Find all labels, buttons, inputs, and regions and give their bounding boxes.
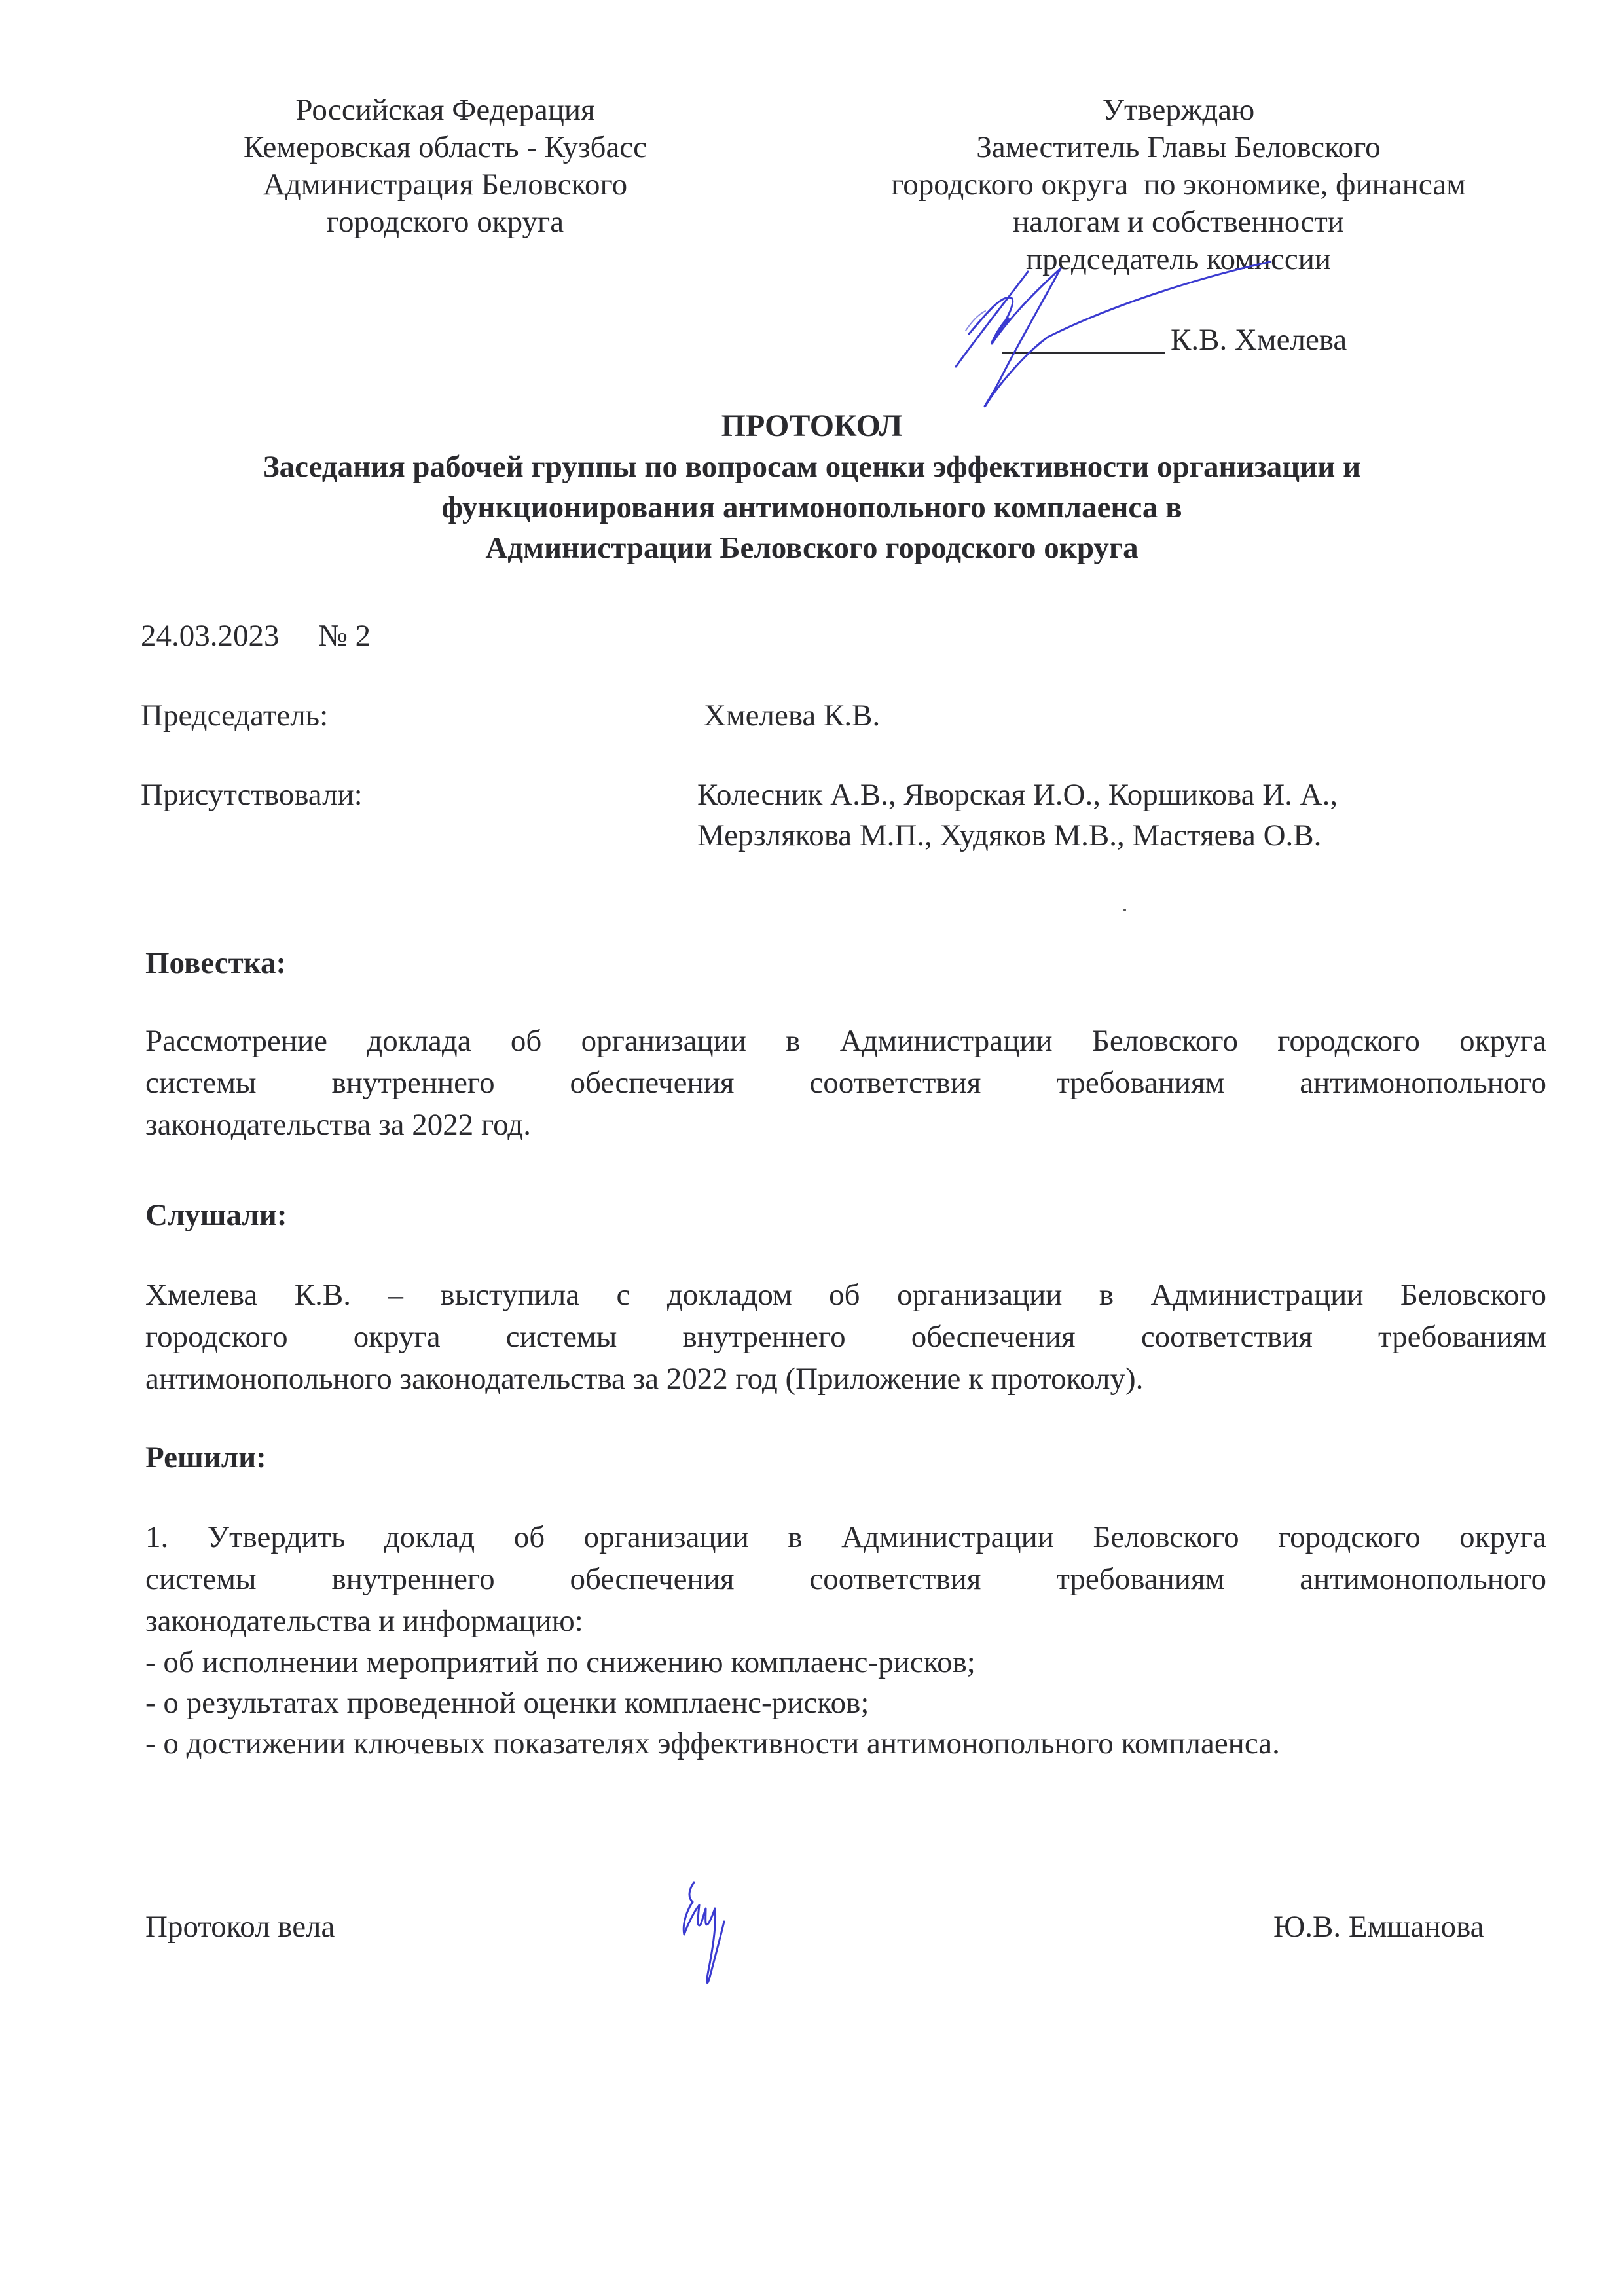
decision-line-2: системы внутреннего обеспечения соответс… [145,1558,1546,1600]
document-subtitle-line-2: функционирования антимонопольного компла… [131,487,1493,528]
issuer-district: городского округа [151,204,740,241]
document-title: ПРОТОКОЛ [131,406,1493,446]
attended-line-2: Мерзлякова М.П., Худяков М.В., Мастяева … [697,815,1321,856]
approval-block: Утверждаю Заместитель Главы Беловского г… [851,92,1506,278]
minutes-taker-label: Протокол вела [145,1906,335,1947]
issuer-region: Кемеровская область - Кузбасс [151,129,740,166]
document-subtitle-line-1: Заседания рабочей группы по вопросам оце… [131,446,1493,487]
document-number: № 2 [318,619,371,653]
attended-line-1: Колесник А.В., Яворская И.О., Коршикова … [697,774,1338,815]
approver-position-line-3: налогам и собственности [851,204,1506,241]
document-title-block: ПРОТОКОЛ Заседания рабочей группы по воп… [131,406,1493,568]
decided-heading: Решили: [145,1437,266,1478]
heard-line-1: Хмелева К.В. – выступила с докладом об о… [145,1274,1546,1316]
decision-bullet-2: - о результатах проведенной оценки компл… [145,1683,869,1723]
agenda-line-1: Рассмотрение доклада об организации в Ад… [145,1020,1546,1062]
attended-label: Присутствовали: [141,774,363,815]
agenda-heading: Повестка: [145,943,286,983]
agenda-line-2: системы внутреннего обеспечения соответс… [145,1062,1546,1104]
document-subtitle-line-3: Администрации Беловского городского окру… [131,528,1493,568]
chairman-label: Председатель: [141,695,328,736]
document-date: 24.03.2023 [141,619,280,653]
heard-line-3: антимонопольного законодательства за 202… [145,1358,1546,1400]
minutes-taker-name: Ю.В. Емшанова [1273,1906,1484,1947]
heard-text: Хмелева К.В. – выступила с докладом об о… [145,1274,1546,1400]
decision-line-3: законодательства и информацию: [145,1600,1546,1642]
approver-position-line-1: Заместитель Главы Беловского [851,129,1506,166]
heard-line-2: городского округа системы внутреннего об… [145,1316,1546,1358]
issuer-country: Российская Федерация [151,92,740,129]
handwritten-signature-icon [930,259,1453,422]
heard-heading: Слушали: [145,1195,287,1235]
approver-position-line-2: городского округа по экономике, финансам [851,166,1506,204]
date-number-line: 24.03.2023 № 2 [141,615,371,656]
agenda-text: Рассмотрение доклада об организации в Ад… [145,1020,1546,1146]
decision-bullet-3: - о достижении ключевых показателях эффе… [145,1723,1280,1764]
scan-speck [1123,909,1126,911]
chairman-value: Хмелева К.В. [704,695,880,736]
decision-bullet-1: - об исполнении мероприятий по снижению … [145,1642,976,1683]
issuer-block: Российская Федерация Кемеровская область… [151,92,740,241]
secretary-signature-icon [681,1872,773,1997]
decision-line-1: 1. Утвердить доклад об организации в Адм… [145,1516,1546,1558]
approval-title: Утверждаю [851,92,1506,129]
issuer-administration: Администрация Беловского [151,166,740,204]
decision-item-1: 1. Утвердить доклад об организации в Адм… [145,1516,1546,1642]
agenda-line-3: законодательства за 2022 год. [145,1104,1546,1146]
